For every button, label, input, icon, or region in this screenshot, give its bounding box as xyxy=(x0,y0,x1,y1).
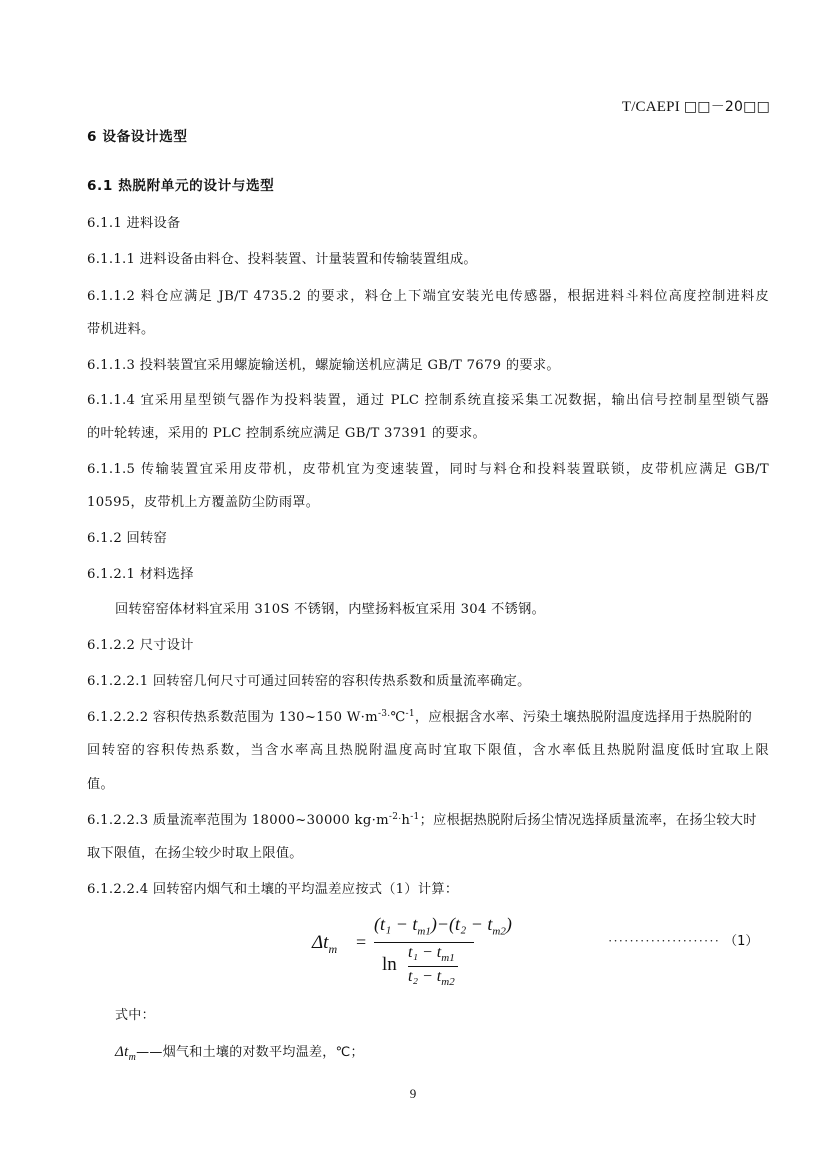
equation-log-mean-temperature: Δtm = (t₁ − tm1)−(t₂ − tm2) ln t₁ − tm1 … xyxy=(312,912,492,992)
variable-description: ——烟气和土壤的对数平均温差，℃； xyxy=(136,1045,364,1060)
standard-code-placeholder-1: □□ xyxy=(684,99,711,115)
text-segment: 6.1.2.2.2 容积传热系数范围为 130~150 W·m xyxy=(87,710,378,725)
section-heading-6-1-1: 6.1.1 进料设备 xyxy=(87,215,769,233)
equals-sign: = xyxy=(356,932,366,953)
paragraph-6-1-2-2-2-line3: 值。 xyxy=(87,776,769,794)
superscript: -1 xyxy=(406,709,415,719)
paragraph-6-1-2-2-3-line2: 取下限值，在扬尘较少时取上限值。 xyxy=(87,845,769,863)
paragraph-6-1-1-4-line2: 的叶轮转速，采用的 PLC 控制系统应满足 GB/T 37391 的要求。 xyxy=(87,425,769,443)
section-heading-6: 6 设备设计选型 xyxy=(87,128,769,146)
paragraph-6-1-2-2-4: 6.1.2.2.4 回转窑内烟气和土壤的平均温差应按式（1）计算： xyxy=(87,881,769,899)
superscript: -2. xyxy=(389,812,402,822)
superscript: -3. xyxy=(378,709,391,719)
inner-fraction-bar xyxy=(408,966,458,967)
hour-unit: h xyxy=(401,813,410,828)
page-number: 9 xyxy=(0,1086,826,1102)
section-heading-6-1: 6.1 热脱附单元的设计与选型 xyxy=(87,177,769,195)
variable-symbol: Δtm xyxy=(115,1044,136,1060)
celsius-unit: ℃ xyxy=(390,710,405,725)
equation-reference: ····················· （1） xyxy=(608,930,758,949)
standard-code-year-prefix: －20 xyxy=(711,99,743,115)
section-heading-6-1-2-1: 6.1.2.1 材料选择 xyxy=(87,566,769,584)
paragraph-6-1-1-2-line1: 6.1.1.2 料仓应满足 JB/T 4735.2 的要求，料仓上下端宜安装光电… xyxy=(87,288,769,306)
variable-definition-delta-tm: Δtm——烟气和土壤的对数平均温差，℃； xyxy=(115,1043,797,1067)
standard-code-header: T/CAEPI □□－20□□ xyxy=(622,96,770,116)
where-label: 式中： xyxy=(115,1007,797,1025)
superscript: -1 xyxy=(410,812,419,822)
section-heading-6-1-2-2: 6.1.2.2 尺寸设计 xyxy=(87,637,769,655)
paragraph-6-1-2-1-body: 回转窑窑体材料宜采用 310S 不锈钢，内壁扬料板宜采用 304 不锈钢。 xyxy=(115,601,797,619)
paragraph-6-1-1-1: 6.1.1.1 进料设备由料仓、投料装置、计量装置和传输装置组成。 xyxy=(87,251,769,269)
paragraph-6-1-2-2-2-line2: 回转窑的容积传热系数，当含水率高且热脱附温度高时宜取下限值，含水率低且热脱附温度… xyxy=(87,742,769,760)
standard-code-placeholder-2: □□ xyxy=(743,99,770,115)
paragraph-6-1-2-2-1: 6.1.2.2.1 回转窑几何尺寸可通过回转窑的容积传热系数和质量流率确定。 xyxy=(87,673,769,691)
paragraph-6-1-1-2-line2: 带机进料。 xyxy=(87,321,769,339)
equation-numerator: (t₁ − tm1)−(t₂ − tm2) xyxy=(374,914,512,938)
paragraph-6-1-1-4-line1: 6.1.1.4 宜采用星型锁气器作为投料装置，通过 PLC 控制系统直接采集工况… xyxy=(87,392,769,410)
text-segment: ，应根据含水率、污染土壤热脱附温度选择用于热脱附的 xyxy=(415,710,752,725)
text-segment: ；应根据热脱附后扬尘情况选择质量流率，在扬尘较大时 xyxy=(420,813,757,828)
paragraph-6-1-1-5-line2: 10595，皮带机上方覆盖防尘防雨罩。 xyxy=(87,494,769,512)
paragraph-6-1-2-2-3-line1: 6.1.2.2.3 质量流率范围为 18000~30000 kg·m-2.h-1… xyxy=(87,812,769,830)
text-segment: 6.1.2.2.3 质量流率范围为 18000~30000 kg·m xyxy=(87,813,389,828)
standard-code-prefix: T/CAEPI xyxy=(622,99,680,115)
equation-lhs: Δtm xyxy=(312,932,337,957)
fraction-bar xyxy=(374,942,474,943)
inner-denominator: t₂ − tm2 xyxy=(408,968,455,988)
paragraph-6-1-1-5-line1: 6.1.1.5 传输装置宜采用皮带机，皮带机宜为变速装置，同时与料仓和投料装置联… xyxy=(87,461,769,479)
section-heading-6-1-2: 6.1.2 回转窑 xyxy=(87,530,769,548)
inner-numerator: t₁ − tm1 xyxy=(408,944,455,964)
document-page: T/CAEPI □□－20□□ 6 设备设计选型 6.1 热脱附单元的设计与选型… xyxy=(0,0,826,1169)
equation-number: （1） xyxy=(724,934,758,949)
natural-log: ln xyxy=(382,954,397,976)
paragraph-6-1-1-3: 6.1.1.3 投料装置宜采用螺旋输送机，螺旋输送机应满足 GB/T 7679 … xyxy=(87,357,769,375)
paragraph-6-1-2-2-2-line1: 6.1.2.2.2 容积传热系数范围为 130~150 W·m-3.℃-1，应根… xyxy=(87,709,769,727)
leader-dots: ····················· xyxy=(608,933,720,948)
